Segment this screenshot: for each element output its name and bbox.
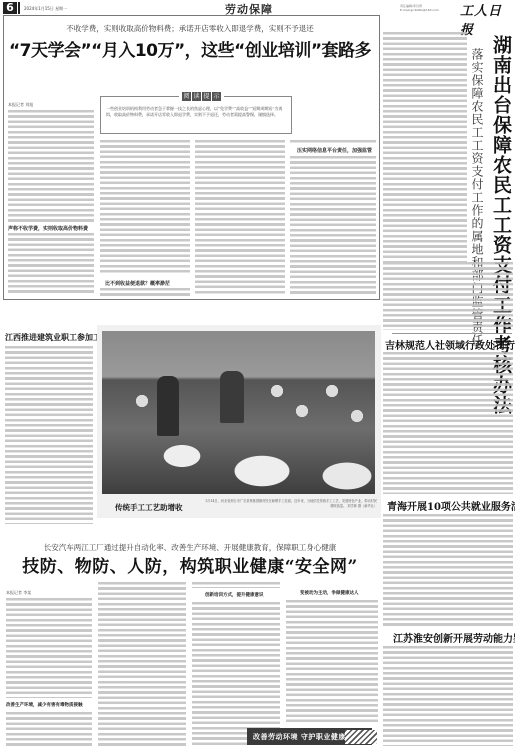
bottom-story-column-3a: [192, 582, 280, 588]
newspaper-logo: 工人日报: [460, 0, 515, 38]
banner-stripes-decoration: [345, 730, 377, 744]
lead-story-column-4a: [290, 140, 376, 144]
reading-tip-char: 阅: [182, 92, 191, 101]
lead-story-column-2b: [100, 288, 190, 296]
bottom-story-column-1b: [6, 712, 92, 746]
lead-story-column-1: [8, 110, 94, 222]
editor-email: E-mail:grrbldbz@163.com: [400, 8, 439, 12]
bottom-story-column-1: [6, 598, 92, 698]
lead-story-headline: “7天学会”“月入10万”，这些“创业培训”套路多: [0, 36, 380, 61]
bottom-story-column-2: [98, 582, 186, 746]
reading-tip-char: 示: [212, 92, 221, 101]
reading-tip-label: 阅 读 提 示: [179, 92, 224, 101]
news-photo: [102, 331, 375, 494]
page-number-divider: [18, 2, 20, 14]
bottom-story-subtitle-1: 改善生产环境，减少有害有毒物质接触: [6, 702, 83, 708]
qinghai-article-body: [383, 514, 513, 626]
bottom-story-byline: 本报记者 李某: [6, 590, 31, 596]
editor-info: 责任编辑/李丹青 E-mail:grrbldbz@163.com: [400, 4, 439, 12]
photo-block: 传统手工工艺助增收 1月14日，河北省邢台市广宗县核桃园镇村民在晾晒手工挂面。近…: [97, 325, 381, 518]
bottom-story-headline: 技防、物防、人防，构筑职业健康“安全网”: [0, 552, 380, 577]
jilin-article-body: [383, 352, 513, 494]
qinghai-article-headline: 青海开展10项公共就业服务活动: [387, 498, 515, 513]
bottom-story-subtitle-2: 创新培训方式，提升健康意识: [205, 592, 264, 598]
bottom-story-subtitle-3: 变被动为主动，争做健康达人: [300, 590, 359, 596]
lead-story-subhead: 不收学费，实则收取高价物料费；承诺开店零收入即退学费，实则不予退还: [0, 23, 380, 34]
divider: [392, 333, 512, 334]
photo-figure-right: [220, 371, 244, 423]
reading-tip-text: 一些创业培训机构利用劳动者急于掌握一技之长的焦虑心理，以“免学费”“高收益”“短…: [106, 106, 288, 118]
bottom-story-column-3: [192, 602, 280, 746]
lead-story-subtitle-2: 比不到收益便退款？概率渺茫: [105, 280, 170, 287]
masthead: 6 2024年1月15日 星期一 劳动保障 责任编辑/李丹青 E-mail:gr…: [0, 0, 515, 14]
photo-credit: 刘学林 摄（新华社）: [347, 504, 377, 508]
lead-story-subtitle-1: 声称不收学费，实则收取高价物料费: [8, 225, 88, 232]
lead-story-column-4: [290, 156, 376, 296]
reading-tip-char: 提: [202, 92, 211, 101]
hunan-article-body: [383, 32, 467, 262]
lead-story-column-1b: [8, 233, 94, 295]
jilin-article-headline: 吉林规范人社领域行政处罚行为: [385, 337, 515, 352]
jiangxi-brief-body: [5, 346, 93, 524]
jiangsu-article-body: [383, 646, 513, 746]
photo-caption-title: 传统手工工艺助增收: [115, 502, 183, 513]
photo-figure-left: [157, 376, 179, 436]
page-number: 6: [3, 2, 17, 14]
reading-tip-char: 读: [192, 92, 201, 101]
issue-date: 2024年1月15日 星期一: [24, 6, 67, 12]
lead-story-column-2: [100, 140, 190, 275]
photo-caption-text: 1月14日，河北省邢台市广宗县核桃园镇村民在晾晒手工挂面。近年来，当地依托传统手…: [205, 499, 377, 508]
bottom-story-column-4: [286, 600, 378, 724]
lead-story-byline: 本报记者 刘旭: [8, 102, 33, 108]
hunan-article-body-continued: [383, 262, 513, 330]
reading-tip-box: 阅 读 提 示 一些创业培训机构利用劳动者急于掌握一技之长的焦虑心理，以“免学费…: [100, 96, 292, 134]
lead-story-subtitle-3: 压实网络信息平台责任，加强监管: [297, 147, 372, 154]
lead-story-column-3: [195, 140, 285, 296]
jiangsu-article-headline: 江苏淮安创新开展劳动能力鉴定: [393, 630, 515, 645]
